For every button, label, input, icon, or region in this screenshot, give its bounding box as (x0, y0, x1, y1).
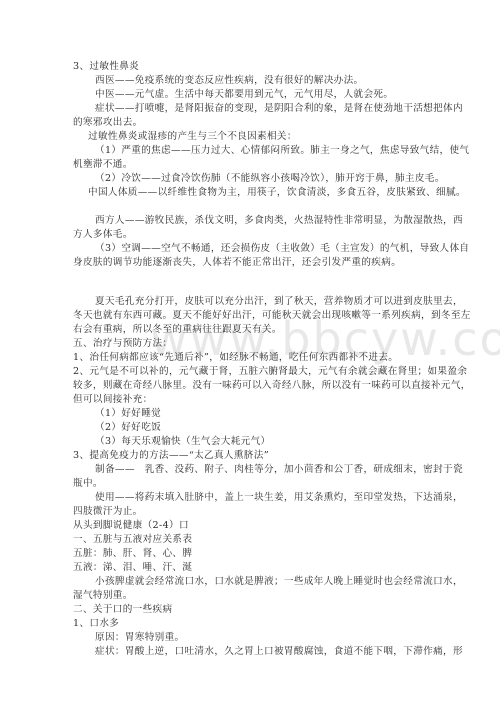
text-line: 2、元气是不可以补的，元气藏于肾，五脏六腑肾最大，元气有余就会藏在肾里；如果盈余 (73, 366, 467, 378)
text-line: 瓶中。 (73, 478, 103, 490)
text-line: 右会有重病，所以冬至的重病往往跟夏天有关。 (73, 324, 282, 336)
text-line: 原因：胃寒特别重。 (95, 632, 185, 644)
text-line: 中国人体质——以纤维性食物为主，用筷子，饮食清淡，多食五谷，皮肤紧致、细腻。 (88, 187, 466, 199)
text-line: 的寒邪攻出去。 (73, 117, 143, 129)
text-line: 四肢微汗为止。 (73, 506, 143, 518)
text-line: 中医——元气虚。生活中每天都要用到元气，元气用尽，人就会死。 (95, 89, 393, 101)
text-line: 湿气特别重。 (73, 590, 133, 602)
text-line: 西方人——游牧民族，杀伐文明，多食肉类，火热湿特性非常明显，为散湿散热，西 (95, 215, 463, 227)
text-line: 方人多体毛。 (73, 229, 133, 241)
text-line: 五液：涕、泪、唾、汗、涎 (73, 562, 192, 574)
text-line: （3）空调——空气不畅通，还会损伤皮（主收敛）毛（主宣发）的气机，导致人体自 (95, 243, 469, 255)
text-line: 症状——打喷嚏，是肾阳振奋的变现，是阴阳合利的象，是肾在使劲地干活想把体内 (95, 103, 463, 115)
text-line: （2）冷饮——过食冷饮伤肺（不能纵容小孩喝冷饮），肺开窍于鼻，肺主皮毛。 (95, 173, 445, 185)
text-line: 机壅滞不通。 (73, 159, 133, 171)
text-line: 3、过敏性鼻炎 (73, 61, 139, 73)
text-line: （1）严重的焦虑——压力过大、心情郁闷所致。肺主一身之气，焦虑导致气结，使气 (95, 145, 469, 157)
text-line: 二、关于口的一些疾病 (73, 604, 172, 616)
text-line: 1、口水多 (73, 618, 119, 630)
text-line: 1、治任何病都应该“先通后补”，如经脉不畅通，吃任何东西都补不进去。 (73, 352, 398, 364)
text-line: 五脏：肺、肝、肾、心、脾 (73, 548, 192, 560)
text-line: 冬天也就有东西可藏。夏天不能好好出汗，可能秋天就会出现咳嗽等一系列疾病，到冬至左 (73, 310, 471, 322)
document-page: www.bbcyw.com 3、过敏性鼻炎西医——免疫系统的变态反应性疾病，没有… (0, 0, 500, 708)
text-line: 制备—— 乳香、没药、附子、肉桂等分，加小茴香和公丁香，研成细末，密封于瓷 (95, 464, 463, 476)
text-line: 身皮肤的调节功能逐渐丧失，人体若不能正常出汗，还会引发严重的疾病。 (73, 257, 401, 269)
text-line: 较多，则藏在奇经八脉里。没有一味药可以入奇经八脉，所以没有一味药可以直接补元气， (73, 380, 471, 392)
text-line: （2）好好吃饭 (95, 422, 161, 434)
text-line: 夏天毛孔充分打开，皮肤可以充分出汗，到了秋天，营养物质才可以进到皮肤里去， (95, 296, 463, 308)
text-line: 过敏性鼻炎或湿疹的产生与三个不良因素相关： (88, 131, 297, 143)
text-line: 使用——将药末填入肚脐中，盖上一块生姜，用艾条熏灼，至印堂发热，下达涌泉， (95, 492, 463, 504)
text-line: 但可以间接补充： (73, 394, 153, 406)
text-line: 3、提高免疫力的方法——“太乙真人熏脐法” (73, 450, 269, 462)
text-line: （3）每天乐观愉快（生气会大耗元气） (95, 436, 271, 448)
text-line: 西医——免疫系统的变态反应性疾病，没有很好的解决办法。 (95, 75, 363, 87)
text-line: 一、五脏与五液对应关系表 (73, 534, 192, 546)
text-line: 小孩脾虚就会经常流口水，口水就是脾液；一些成年人晚上睡觉时也会经常流口水， (95, 576, 463, 588)
text-line: 症状：胃酸上逆，口吐清水，久之胃上口被胃酸腐蚀，食道不能下咽，下滞作痛，形 (95, 646, 463, 658)
text-line: 从头到脚说健康（2-4）口 (73, 520, 189, 532)
text-line: （1）好好睡觉 (95, 408, 161, 420)
text-line: 五、治疗与预防方法： (73, 338, 172, 350)
